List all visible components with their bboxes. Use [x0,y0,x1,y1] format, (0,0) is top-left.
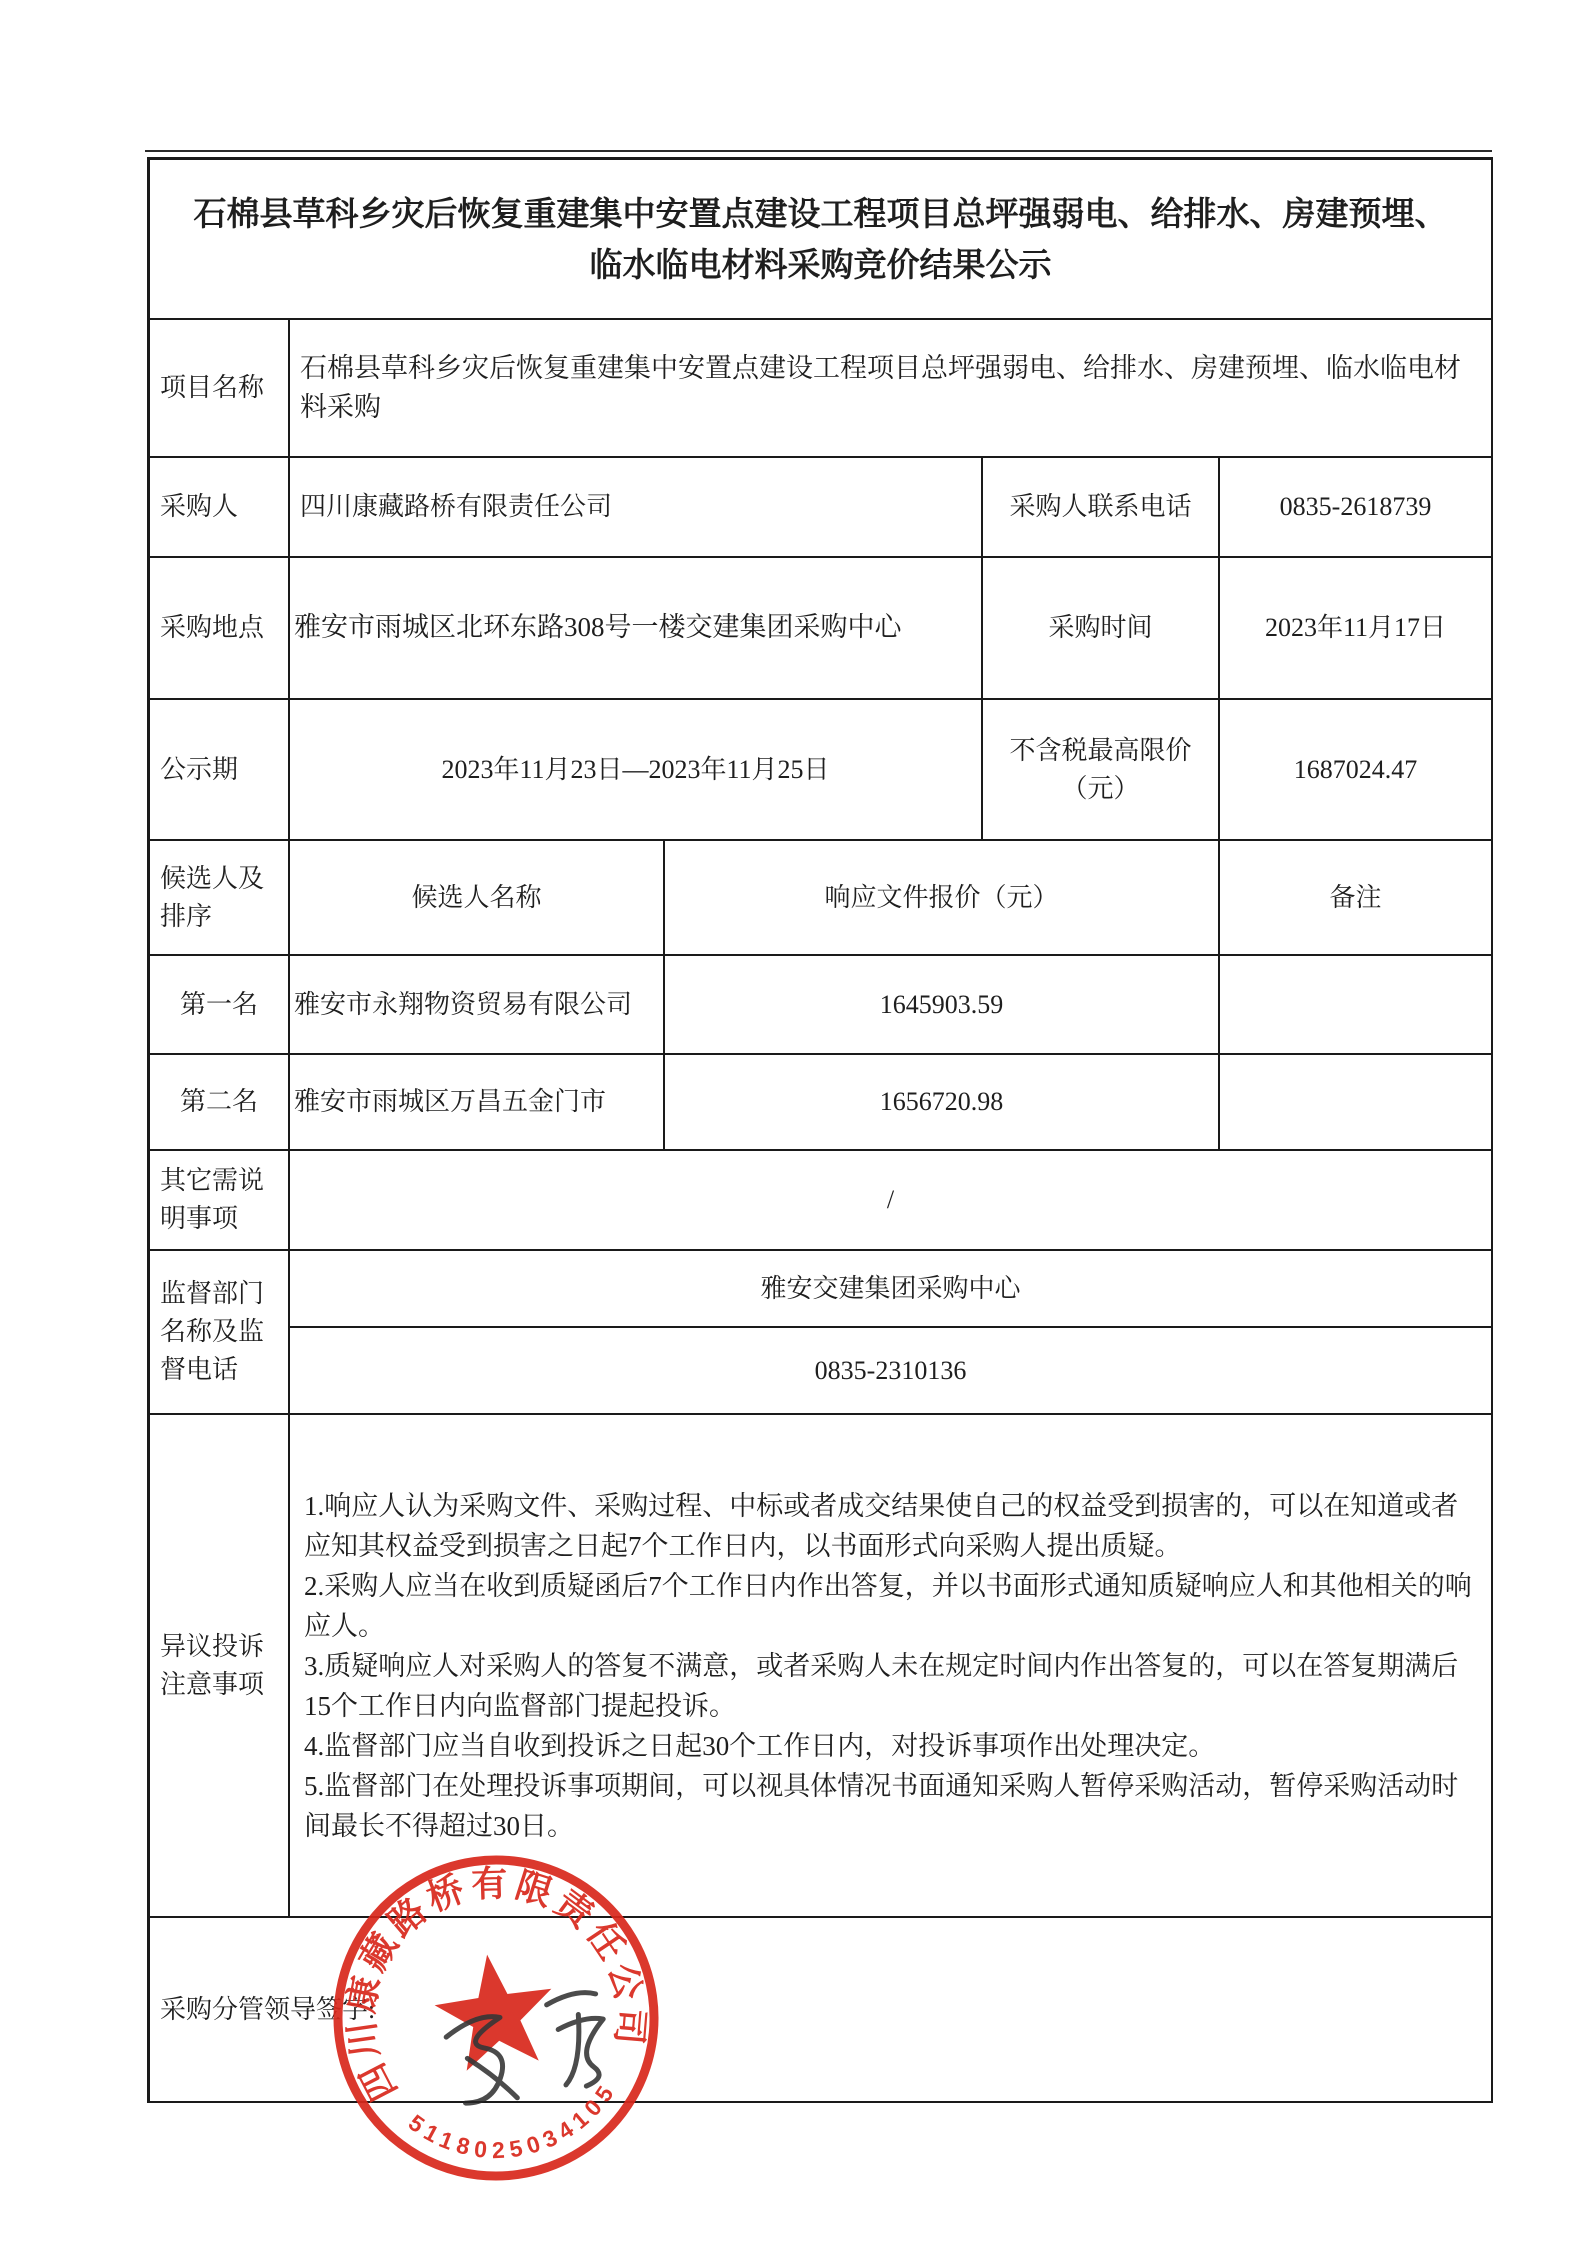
objection-label: 异议投诉 注意事项 [150,1415,290,1918]
project-name-row: 项目名称 石棉县草科乡灾后恢复重建集中安置点建设工程项目总坪强弱电、给排水、房建… [150,320,1493,458]
objection-point-4: 4.监督部门应当自收到投诉之日起30个工作日内，对投诉事项作出处理决定。 [304,1726,1477,1766]
purchaser-label: 采购人 [150,458,290,558]
table-outer-frame-line [145,150,1492,152]
purchase-time-label: 采购时间 [983,558,1220,700]
purchaser-value: 四川康藏路桥有限责任公司 [290,458,983,558]
supervision-row: 监督部门 名称及监 督电话 雅安交建集团采购中心 0835-2310136 [150,1251,1493,1415]
candidates-name-header: 候选人名称 [290,841,665,956]
publicity-label: 公示期 [150,700,290,841]
purchaser-phone-value: 0835-2618739 [1220,458,1493,558]
other-notes-label: 其它需说 明事项 [150,1151,290,1251]
candidate-2-price: 1656720.98 [665,1055,1220,1151]
objection-point-1: 1.响应人认为采购文件、采购过程、中标或者成交结果使自己的权益受到损害的，可以在… [304,1486,1477,1566]
signature-label: 采购分管领导签字: [150,1918,1493,2103]
objection-text: 1.响应人认为采购文件、采购过程、中标或者成交结果使自己的权益受到损害的，可以在… [290,1476,1491,1856]
price-limit-value: 1687024.47 [1220,700,1493,841]
candidates-rank-label: 候选人及 排序 [150,841,290,956]
location-value: 雅安市雨城区北环东路308号一楼交建集团采购中心 [290,558,983,700]
location-row: 采购地点 雅安市雨城区北环东路308号一楼交建集团采购中心 采购时间 2023年… [150,558,1493,700]
purchase-time-value: 2023年11月17日 [1220,558,1493,700]
title-row: 石棉县草科乡灾后恢复重建集中安置点建设工程项目总坪强弱电、给排水、房建预埋、临水… [150,160,1493,320]
other-notes-row: 其它需说 明事项 / [150,1151,1493,1251]
signature-row: 采购分管领导签字: [150,1918,1493,2103]
purchaser-phone-label: 采购人联系电话 [983,458,1220,558]
objection-point-3: 3.质疑响应人对采购人的答复不满意，或者采购人未在规定时间内作出答复的，可以在答… [304,1646,1477,1726]
publicity-row: 公示期 2023年11月23日—2023年11月25日 不含税最高限价 （元） … [150,700,1493,841]
objection-point-5: 5.监督部门在处理投诉事项期间，可以视具体情况书面通知采购人暂停采购活动，暂停采… [304,1766,1477,1846]
supervision-values: 雅安交建集团采购中心 0835-2310136 [290,1251,1493,1415]
project-name-label: 项目名称 [150,320,290,458]
table-row: 第二名 雅安市雨城区万昌五金门市 1656720.98 [150,1055,1493,1151]
document-title: 石棉县草科乡灾后恢复重建集中安置点建设工程项目总坪强弱电、给排水、房建预埋、临水… [150,160,1493,320]
price-limit-label: 不含税最高限价 （元） [983,700,1220,841]
objection-point-2: 2.采购人应当在收到质疑函后7个工作日内作出答复，并以书面形式通知质疑响应人和其… [304,1566,1477,1646]
candidate-2-name: 雅安市雨城区万昌五金门市 [290,1055,665,1151]
location-label: 采购地点 [150,558,290,700]
candidate-1-rank: 第一名 [150,956,290,1055]
document-page: 石棉县草科乡灾后恢复重建集中安置点建设工程项目总坪强弱电、给排水、房建预埋、临水… [0,0,1587,2244]
candidate-1-name: 雅安市永翔物资贸易有限公司 [290,956,665,1055]
candidate-1-remark [1220,956,1493,1055]
purchaser-row: 采购人 四川康藏路桥有限责任公司 采购人联系电话 0835-2618739 [150,458,1493,558]
objection-row: 异议投诉 注意事项 1.响应人认为采购文件、采购过程、中标或者成交结果使自己的权… [150,1415,1493,1918]
candidates-remark-header: 备注 [1220,841,1493,956]
candidates-header-row: 候选人及 排序 候选人名称 响应文件报价（元） 备注 [150,841,1493,956]
other-notes-value: / [290,1151,1493,1251]
publicity-value: 2023年11月23日—2023年11月25日 [290,700,983,841]
candidates-price-header: 响应文件报价（元） [665,841,1220,956]
supervision-name: 雅安交建集团采购中心 [290,1251,1493,1328]
announcement-table: 石棉县草科乡灾后恢复重建集中安置点建设工程项目总坪强弱电、给排水、房建预埋、临水… [147,157,1493,2103]
objection-text-cell: 1.响应人认为采购文件、采购过程、中标或者成交结果使自己的权益受到损害的，可以在… [290,1415,1493,1918]
table-row: 第一名 雅安市永翔物资贸易有限公司 1645903.59 [150,956,1493,1055]
candidate-1-price: 1645903.59 [665,956,1220,1055]
candidate-2-rank: 第二名 [150,1055,290,1151]
supervision-label: 监督部门 名称及监 督电话 [150,1251,290,1415]
project-name-value: 石棉县草科乡灾后恢复重建集中安置点建设工程项目总坪强弱电、给排水、房建预埋、临水… [290,320,1493,458]
supervision-phone: 0835-2310136 [290,1328,1493,1415]
candidate-2-remark [1220,1055,1493,1151]
